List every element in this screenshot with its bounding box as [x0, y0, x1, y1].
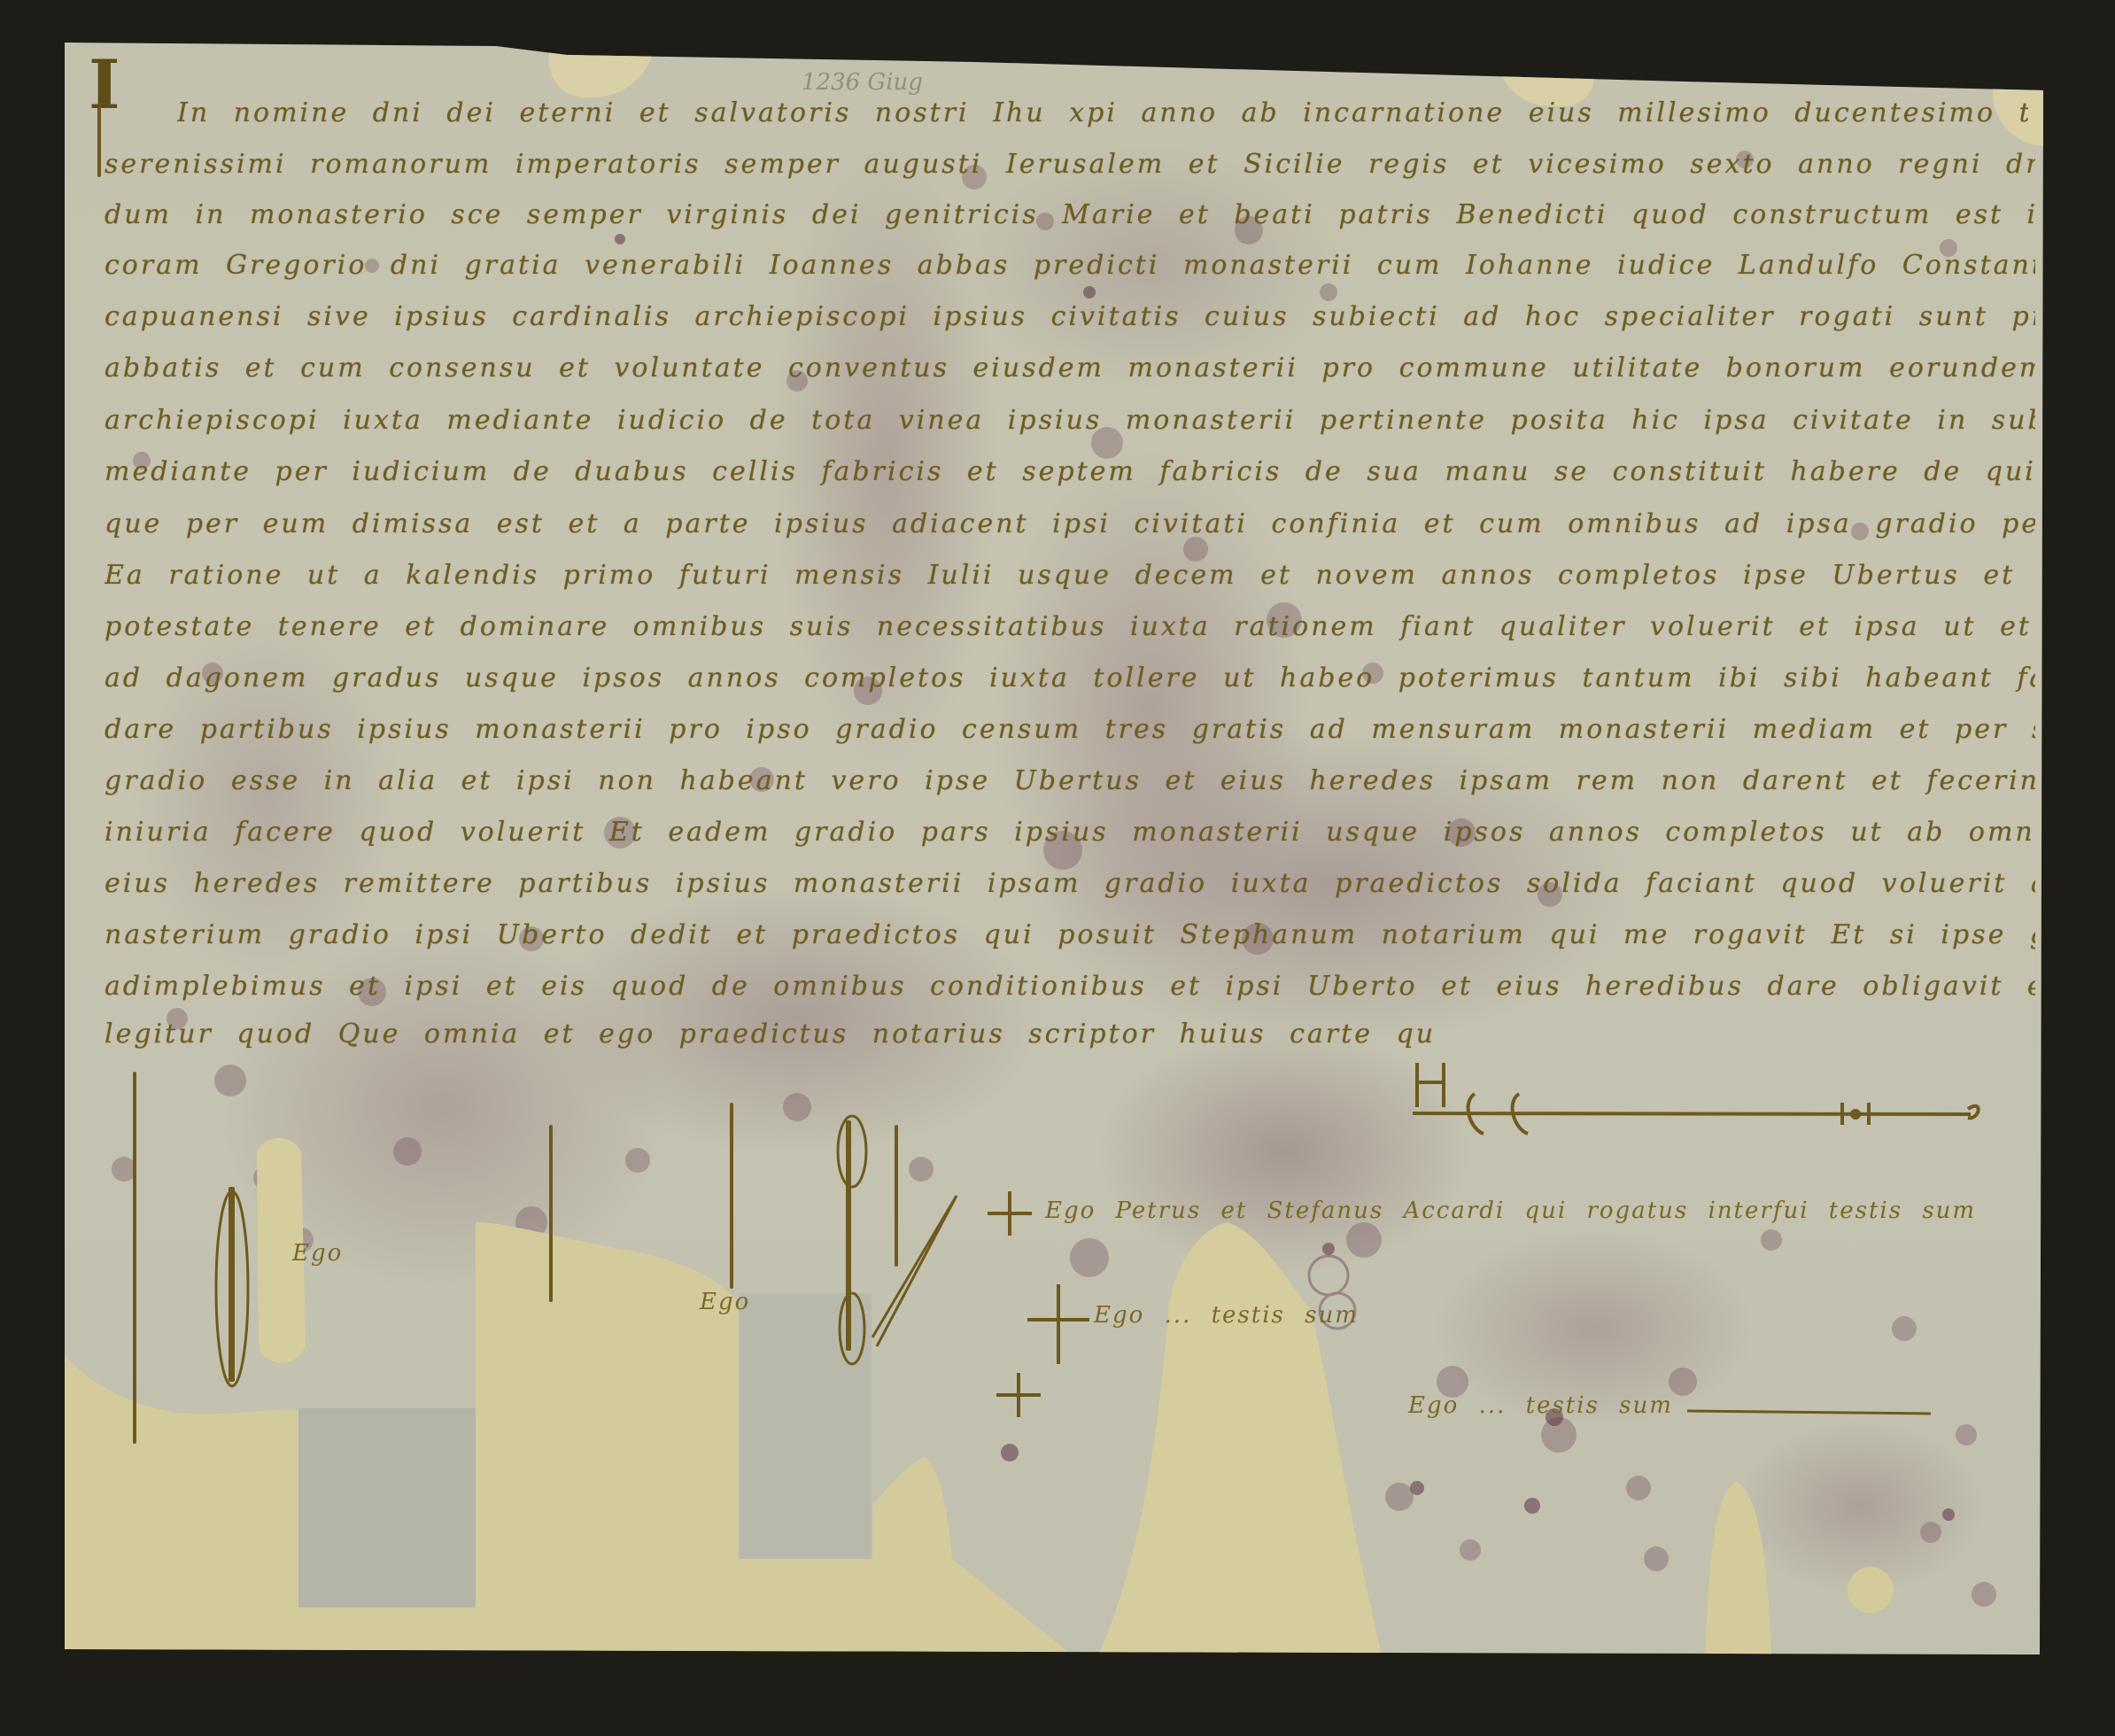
witness-subscription-3: Ego ... testis sum: [1408, 1392, 1673, 1419]
signature-flourishes: [0, 0, 2115, 1736]
witness-subscription-2: Ego ... testis sum: [1094, 1302, 1359, 1329]
document-viewer: 1236 Giug I In nomine dni dei eterni et …: [0, 0, 2115, 1736]
signature-ego-1: Ego: [292, 1240, 343, 1267]
witness-subscription-1: Ego Petrus et Stefanus Accardi qui rogat…: [1045, 1197, 1976, 1224]
signature-ego-2: Ego: [700, 1289, 750, 1315]
